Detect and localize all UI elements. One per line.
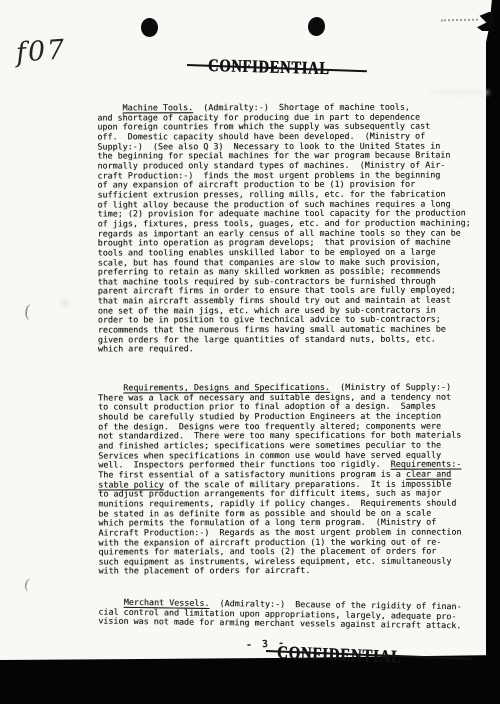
text-line: vision was not made for arming merchant … <box>98 617 461 631</box>
handwritten-note: f07 <box>15 34 67 68</box>
text-line: which are required. <box>98 344 471 355</box>
punch-hole-left-icon <box>141 18 158 37</box>
paragraph-merchant-vessels: Merchant Vessels. (Admiralty:-) Because … <box>98 598 461 632</box>
paragraph-requirements-designs-specifications: Requirements, Designs and Specifications… <box>98 383 462 577</box>
paragraph-machine-tools: Machine Tools. (Admiralty:-) Shortage of… <box>97 103 471 355</box>
document-body: Machine Tools. (Admiralty:-) Shortage of… <box>97 0 489 1</box>
scan-smudge <box>430 90 490 95</box>
punch-hole-right-icon <box>307 16 326 37</box>
scan-edge-right <box>486 0 500 704</box>
margin-pen-mark: ( <box>23 302 32 323</box>
corner-dash-mark <box>441 19 478 22</box>
scan-smudge <box>60 300 70 306</box>
scan-edge-bottom <box>0 655 500 704</box>
corner-mark-icon <box>477 12 494 31</box>
scanned-document-page: ( ( f07 CONFIDENTIAL Machine Tools. (Adm… <box>0 0 500 704</box>
text-line: with the placement of orders for aircraf… <box>98 566 461 577</box>
margin-pen-mark: ( <box>23 577 31 594</box>
